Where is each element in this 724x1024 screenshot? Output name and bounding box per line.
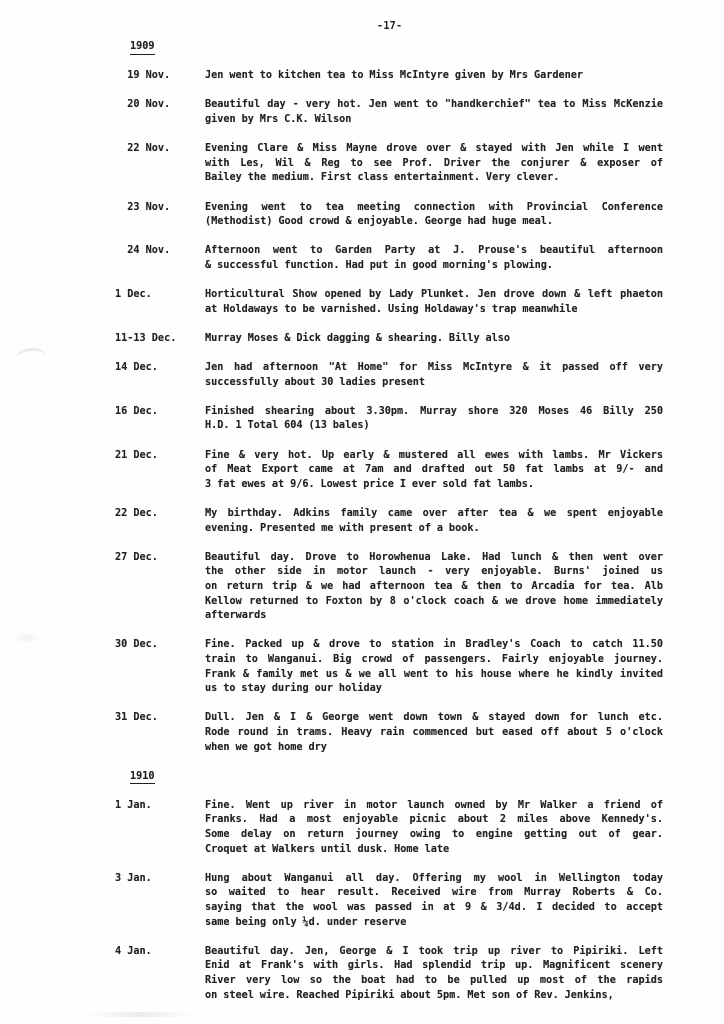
entry-line: on steel wire. Reached Pipiriki about 5p… [205, 989, 663, 1004]
entry-line: & successful function. Had put in good m… [205, 259, 663, 274]
entry-line: Fine & very hot. Up early & mustered all… [205, 449, 663, 464]
entry-date: 22 Dec. [115, 507, 205, 536]
entry-row: 21 Dec.Fine & very hot. Up early & muste… [115, 449, 663, 493]
entry-line: Evening went to tea meeting connection w… [205, 201, 663, 216]
entry-text: Dull. Jen & I & George went down town & … [205, 711, 663, 755]
entry-line: so waited to hear result. Received wire … [205, 886, 663, 901]
entry-line: Murray Moses & Dick dagging & shearing. … [205, 332, 663, 347]
entry-text: Evening went to tea meeting connection w… [205, 201, 663, 230]
entry-row: 1 Jan.Fine. Went up river in motor launc… [115, 799, 663, 857]
entry-text: Afternoon went to Garden Party at J. Pro… [205, 244, 663, 273]
entry-line: Some delay on return journey owing to en… [205, 828, 663, 843]
year-header: 1910 [130, 770, 663, 785]
entry-line: Jen went to kitchen tea to Miss McIntyre… [205, 69, 663, 84]
entry-date: 30 Dec. [115, 638, 205, 696]
scan-smudge [15, 346, 47, 368]
entry-line: Beautiful day - very hot. Jen went to "h… [205, 98, 663, 113]
entry-line: Dull. Jen & I & George went down town & … [205, 711, 663, 726]
entry-line: Beautiful day. Drove to Horowhenua Lake.… [205, 551, 663, 566]
entry-text: Evening Clare & Miss Mayne drove over & … [205, 142, 663, 186]
entry-row: 11-13 Dec.Murray Moses & Dick dagging & … [115, 332, 663, 347]
entry-line: Bailey the medium. First class entertain… [205, 171, 663, 186]
entry-line: us to stay during our holiday [205, 682, 663, 697]
entry-text: Hung about Wanganui all day. Offering my… [205, 872, 663, 930]
page-number: -17- [377, 21, 402, 32]
entry-line: Beautiful day. Jen, George & I took trip… [205, 945, 663, 960]
entry-line: Fine. Went up river in motor launch owne… [205, 799, 663, 814]
entry-line: evening. Presented me with present of a … [205, 522, 663, 537]
entry-line: the other side in motor launch - very en… [205, 565, 663, 580]
entry-line: Finished shearing about 3.30pm. Murray s… [205, 405, 663, 420]
scanned-diary-page: -17- 1909 19 Nov.Jen went to kitchen tea… [0, 0, 724, 1024]
entry-line: (Methodist) Good crowd & enjoyable. Geor… [205, 215, 663, 230]
entry-row: 20 Nov.Beautiful day - very hot. Jen wen… [115, 98, 663, 127]
entry-line: on return trip & we had afternoon tea & … [205, 580, 663, 595]
entry-date: 21 Dec. [115, 449, 205, 493]
entry-row: 22 Dec.My birthday. Adkins family came o… [115, 507, 663, 536]
entry-row: 23 Nov.Evening went to tea meeting conne… [115, 201, 663, 230]
entry-line: with Les, Wil & Reg to see Prof. Driver … [205, 157, 663, 172]
entry-date: 24 Nov. [115, 244, 205, 273]
entry-row: 31 Dec.Dull. Jen & I & George went down … [115, 711, 663, 755]
entry-text: Fine & very hot. Up early & mustered all… [205, 449, 663, 493]
entry-date: 1 Jan. [115, 799, 205, 857]
entry-text: Beautiful day. Drove to Horowhenua Lake.… [205, 551, 663, 624]
entry-line: Horticultural Show opened by Lady Plunke… [205, 288, 663, 303]
entry-text: Fine. Packed up & drove to station in Br… [205, 638, 663, 696]
entry-line: Kellow returned to Foxton by 8 o'clock c… [205, 595, 663, 610]
diary-content: 1909 19 Nov.Jen went to kitchen tea to M… [115, 40, 663, 1018]
entry-line: Frank & family met us & we all went to h… [205, 668, 663, 683]
entry-line: afterwards [205, 609, 663, 624]
entry-line: Croquet at Walkers until dusk. Home late [205, 843, 663, 858]
entry-line: successfully about 30 ladies present [205, 376, 663, 391]
entry-line: Evening Clare & Miss Mayne drove over & … [205, 142, 663, 157]
entry-date: 23 Nov. [115, 201, 205, 230]
entry-row: 14 Dec.Jen had afternoon "At Home" for M… [115, 361, 663, 390]
entry-line: 3 fat ewes at 9/6. Lowest price I ever s… [205, 478, 663, 493]
entry-row: 3 Jan.Hung about Wanganui all day. Offer… [115, 872, 663, 930]
entry-row: 4 Jan.Beautiful day. Jen, George & I too… [115, 945, 663, 1003]
entry-text: Jen went to kitchen tea to Miss McIntyre… [205, 69, 663, 84]
entry-date: 19 Nov. [115, 69, 205, 84]
entry-line: Rode round in trams. Heavy rain commence… [205, 726, 663, 741]
entry-row: 24 Nov.Afternoon went to Garden Party at… [115, 244, 663, 273]
scan-smudge [14, 632, 40, 644]
entry-text: Fine. Went up river in motor launch owne… [205, 799, 663, 857]
entry-date: 14 Dec. [115, 361, 205, 390]
entry-date: 22 Nov. [115, 142, 205, 186]
entry-line: River very low so the boat had to be pul… [205, 974, 663, 989]
year-header: 1909 [130, 40, 663, 55]
entry-date: 3 Jan. [115, 872, 205, 930]
entry-line: Hung about Wanganui all day. Offering my… [205, 872, 663, 887]
entry-line: when we got home dry [205, 741, 663, 756]
entry-row: 19 Nov.Jen went to kitchen tea to Miss M… [115, 69, 663, 84]
entry-line: of Meat Export came at 7am and drafted o… [205, 463, 663, 478]
entry-date: 16 Dec. [115, 405, 205, 434]
entry-line: My birthday. Adkins family came over aft… [205, 507, 663, 522]
entry-line: Enid at Frank's with girls. Had splendid… [205, 959, 663, 974]
entry-date: 11-13 Dec. [115, 332, 205, 347]
entry-line: Franks. Had a most enjoyable picnic abou… [205, 813, 663, 828]
entry-text: Finished shearing about 3.30pm. Murray s… [205, 405, 663, 434]
entry-text: Murray Moses & Dick dagging & shearing. … [205, 332, 663, 347]
entry-line: Fine. Packed up & drove to station in Br… [205, 638, 663, 653]
entry-line: train to Wanganui. Big crowd of passenge… [205, 653, 663, 668]
entry-date: 27 Dec. [115, 551, 205, 624]
entry-line: H.D. 1 Total 604 (13 bales) [205, 419, 663, 434]
entry-text: Beautiful day - very hot. Jen went to "h… [205, 98, 663, 127]
entry-line: Jen had afternoon "At Home" for Miss McI… [205, 361, 663, 376]
entry-text: My birthday. Adkins family came over aft… [205, 507, 663, 536]
entry-line: same being only ¼d. under reserve [205, 916, 663, 931]
entry-line: at Holdaways to be varnished. Using Hold… [205, 303, 663, 318]
entry-line: given by Mrs C.K. Wilson [205, 113, 663, 128]
entry-row: 16 Dec.Finished shearing about 3.30pm. M… [115, 405, 663, 434]
entry-date: 31 Dec. [115, 711, 205, 755]
entry-row: 1 Dec.Horticultural Show opened by Lady … [115, 288, 663, 317]
entry-date: 1 Dec. [115, 288, 205, 317]
entry-text: Horticultural Show opened by Lady Plunke… [205, 288, 663, 317]
entry-row: 27 Dec.Beautiful day. Drove to Horowhenu… [115, 551, 663, 624]
entry-text: Jen had afternoon "At Home" for Miss McI… [205, 361, 663, 390]
entry-row: 22 Nov.Evening Clare & Miss Mayne drove … [115, 142, 663, 186]
entry-line: Afternoon went to Garden Party at J. Pro… [205, 244, 663, 259]
entry-line: saying that the wool was passed in at 9 … [205, 901, 663, 916]
entry-date: 20 Nov. [115, 98, 205, 127]
entry-date: 4 Jan. [115, 945, 205, 1003]
entry-row: 30 Dec.Fine. Packed up & drove to statio… [115, 638, 663, 696]
entry-text: Beautiful day. Jen, George & I took trip… [205, 945, 663, 1003]
